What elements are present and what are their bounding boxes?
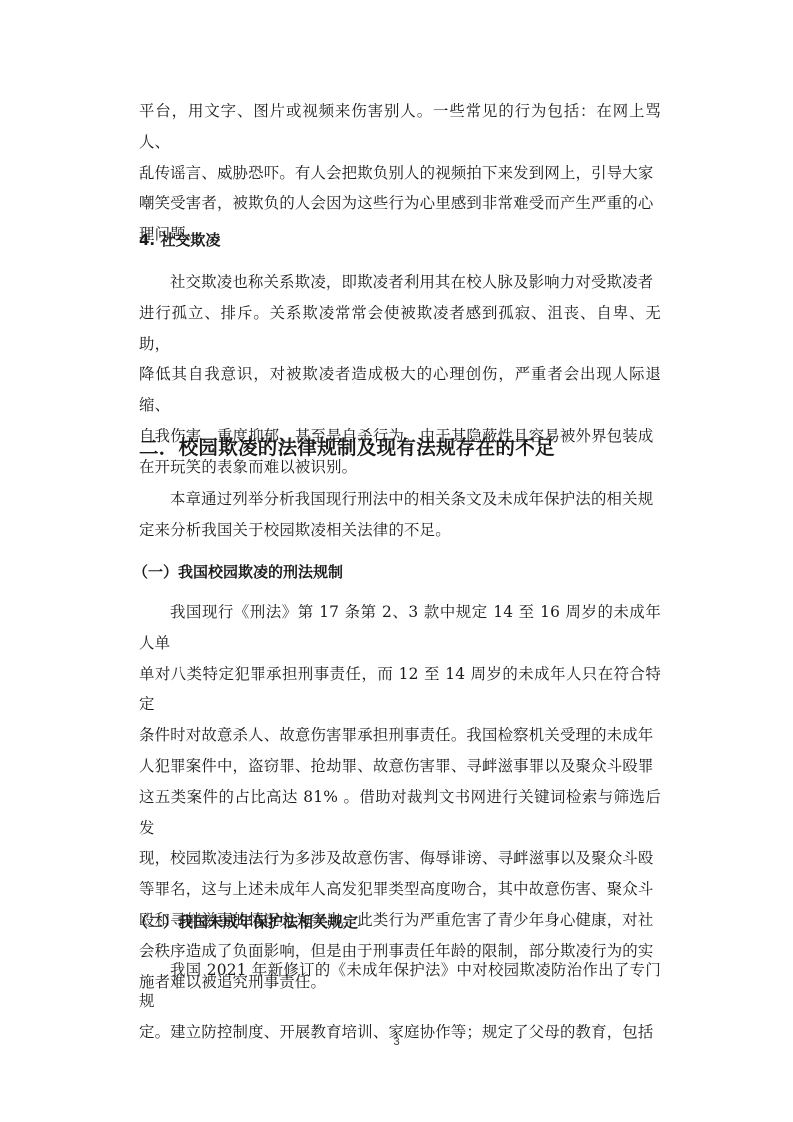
text-line: 社交欺凌也称关系欺凌，即欺凌者利用其在校人脉及影响力对受欺凌者 (139, 267, 661, 298)
text-line: 乱传谣言、威胁恐吓。有人会把欺负别人的视频拍下来发到网上，引导大家 (139, 158, 661, 189)
heading-social-bullying: 4. 社交欺凌 (139, 225, 661, 255)
text-line: 定来分析我国关于校园欺凌相关法律的不足。 (139, 515, 661, 546)
text-line: 现，校园欺凌违法行为多涉及故意伤害、侮辱诽谤、寻衅滋事以及聚众斗殴 (139, 843, 661, 874)
text-line: 人犯罪案件中，盗窃罪、抢劫罪、故意伤害罪、寻衅滋事罪以及聚众斗殴罪 (139, 751, 661, 782)
page-number: 3 (0, 1036, 793, 1048)
text-line: 嘲笑受害者，被欺负的人会因为这些行为心里感到非常难受而产生严重的心 (139, 188, 661, 219)
text-line: 降低其自我意识，对被欺凌者造成极大的心理创伤，严重者会出现人际退缩、 (139, 359, 661, 421)
subsection-heading-minor-protection-law: （二）我国未成年保护法相关规定 (139, 907, 661, 937)
text-line: 条件时对故意杀人、故意伤害罪承担刑事责任。我国检察机关受理的未成年 (139, 720, 661, 751)
text-line: 平台，用文字、图片或视频来伤害别人。一些常见的行为包括：在网上骂人、 (139, 96, 661, 158)
chapter-heading: 二．校园欺凌的法律规制及现有法规存在的不足 (139, 433, 661, 463)
subsection-title: （二）我国未成年保护法相关规定 (133, 907, 661, 937)
text-line: 本章通过列举分析我国现行刑法中的相关条文及未成年保护法的相关规 (139, 484, 661, 515)
subsection-title: （一）我国校园欺凌的刑法规制 (133, 557, 661, 587)
chapter-title: 二．校园欺凌的法律规制及现有法规存在的不足 (139, 433, 661, 463)
text-line: 我国 2021 年新修订的《未成年保护法》中对校园欺凌防治作出了专门规 (139, 955, 661, 1017)
section-heading: 4. 社交欺凌 (139, 225, 661, 255)
subsection-heading-criminal-law: （一）我国校园欺凌的刑法规制 (139, 557, 661, 587)
text-line: 等罪名，这与上述未成年人高发犯罪类型高度吻合，其中故意伤害、聚众斗 (139, 874, 661, 905)
paragraph-minor-protection-law: 我国 2021 年新修订的《未成年保护法》中对校园欺凌防治作出了专门规 定。建立… (139, 955, 661, 1047)
text-line: 单对八类特定犯罪承担刑事责任，而 12 至 14 周岁的未成年人只在符合特定 (139, 659, 661, 721)
text-line: 这五类案件的占比高达 81% 。借助对裁判文书网进行关键词检索与筛选后发 (139, 782, 661, 844)
text-line: 进行孤立、排斥。关系欺凌常常会使被欺凌者感到孤寂、沮丧、自卑、无助， (139, 298, 661, 360)
paragraph-chapter-intro: 本章通过列举分析我国现行刑法中的相关条文及未成年保护法的相关规 定来分析我国关于… (139, 484, 661, 546)
text-line: 我国现行《刑法》第 17 条第 2、3 款中规定 14 至 16 周岁的未成年人… (139, 597, 661, 659)
paragraph-criminal-law: 我国现行《刑法》第 17 条第 2、3 款中规定 14 至 16 周岁的未成年人… (139, 597, 661, 997)
